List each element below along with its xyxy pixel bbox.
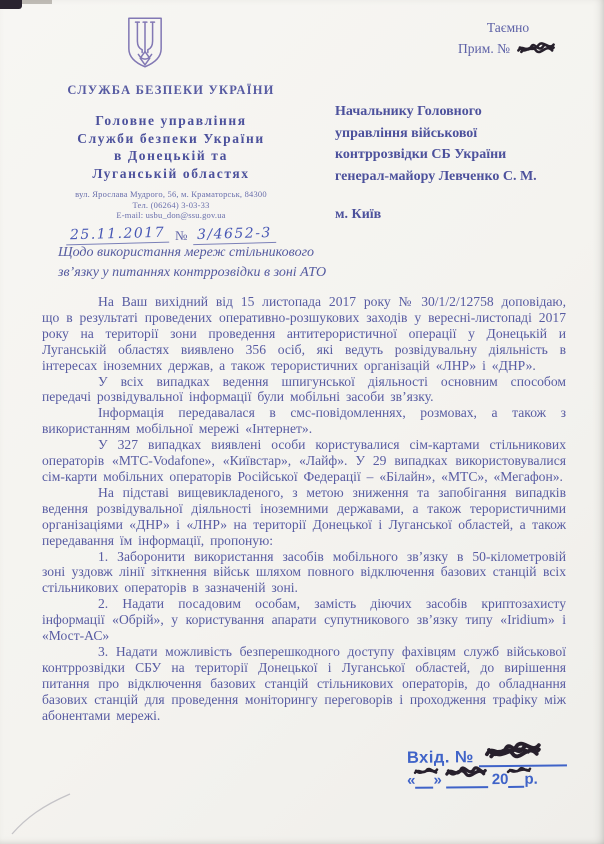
scanned-letter-page: Таємно Прим. № СЛУЖБА БЕЗПЕКИ УКРАЇНИ Го… [0,0,604,844]
stamp-year-blank [508,772,524,788]
subject-block: Щодо використання мереж стільникового зв… [58,243,408,283]
number-sign: № [175,228,187,244]
sender-address: вул. Ярослава Мудрого, 56, м. Краматорсь… [38,189,304,200]
recipient-block: Начальнику Головного управління військов… [335,101,571,226]
letter-body: На Ваш вихідний від 15 листопада 2017 ро… [42,294,566,723]
secrecy-marking: Таємно Прим. № [428,20,588,59]
scan-corner-artifact [0,0,22,9]
organization-name: СЛУЖБА БЕЗПЕКИ УКРАЇНИ [38,83,304,98]
ukraine-trident-emblem-icon [126,16,164,70]
recipient-line: управління військової [335,123,571,145]
scan-edge-artifact [22,0,52,4]
recipient-line: контррозвідки СБ України [335,144,571,166]
recipient-city: м. Київ [335,204,571,226]
recipient-line: генерал-майору Левченко С. М. [335,166,571,188]
redaction-scribble [504,760,534,782]
body-paragraph: У 327 випадках виявлені особи користувал… [42,437,566,485]
handwritten-outgoing-number: 3/4652-3 [193,224,276,244]
registration-line: 25.11.2017 № 3/4652-3 [38,226,304,244]
body-paragraph-item-1: 1. Заборонити використання засобів мобіл… [42,549,566,597]
department-line: Головне управління [38,112,304,130]
body-paragraph: У всіх випадках ведення шпигунської діял… [42,374,566,406]
stamp-month-blank [446,772,488,788]
sender-email: E-mail: usbu_don@ssu.gov.ua [38,210,304,221]
stamp-day-blank [415,773,433,789]
body-paragraph: На підставі вищевикладеного, з метою зни… [42,485,566,549]
redaction-scribble [514,39,558,59]
subject-line: Щодо використання мереж стільникового [58,243,408,263]
scan-pen-mark [8,788,78,838]
recipient-line: Начальнику Головного [335,101,571,123]
subject-line: зв’язку у питаннях контррозвідки в зоні … [58,263,408,283]
department-line: Служби безпеки України [38,130,304,148]
body-paragraph: На Ваш вихідний від 15 листопада 2017 ро… [42,294,566,374]
body-paragraph-item-3: 3. Надати можливість безперешкодного дос… [42,644,566,724]
department-line: в Донецькій та [38,147,304,165]
incoming-registration-stamp: Вхід. № « » [407,747,597,789]
body-paragraph-item-2: 2. Надати посадовим особам, замість діюч… [42,596,566,644]
secrecy-level: Таємно [428,20,588,36]
copy-number-label: Прим. № [458,41,510,57]
sender-contact-info: вул. Ярослава Мудрого, 56, м. Краматорсь… [38,189,304,221]
department-line: Луганській областях [38,165,304,183]
redaction-scribble [411,761,441,783]
redaction-scribble [442,760,490,784]
sender-phone: Тел. (06264) 3-03-33 [38,200,304,211]
sender-letterhead: СЛУЖБА БЕЗПЕКИ УКРАЇНИ Головне управлінн… [38,83,304,244]
handwritten-outgoing-date: 25.11.2017 [66,224,170,245]
body-paragraph: Інформація передавалася в смс-повідомлен… [42,405,566,437]
organization-department: Головне управління Служби безпеки Україн… [38,112,304,182]
